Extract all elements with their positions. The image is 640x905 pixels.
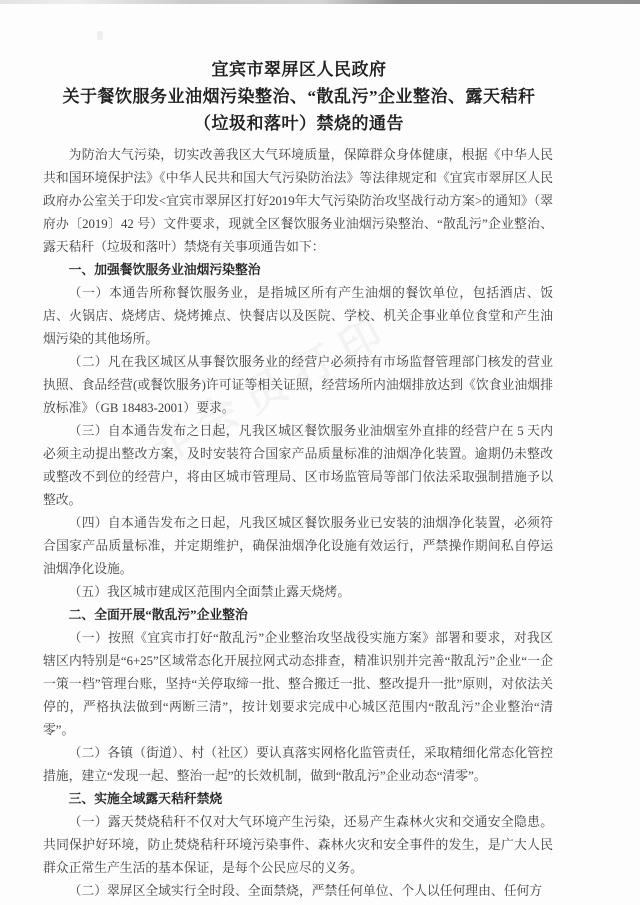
document-page: 非会员打印 宜宾市翠屏区人民政府 关于餐饮服务业油烟污染整治、“散乱污”企业整治… <box>0 0 640 905</box>
body-paragraph: （二）各镇（街道）、村（社区）要认真落实网格化监管责任，采取精细化常态化管控措施… <box>43 742 553 788</box>
body-paragraph: 为防治大气污染，切实改善我区大气环境质量，保障群众身体健康，根据《中华人民共和国… <box>43 144 553 259</box>
title-line-subject: 关于餐饮服务业油烟污染整治、“散乱污”企业整治、露天秸秆 <box>44 83 554 110</box>
document-title: 宜宾市翠屏区人民政府 关于餐饮服务业油烟污染整治、“散乱污”企业整治、露天秸秆 … <box>0 56 640 137</box>
section-heading: 二、全面开展“散乱污”企业整治 <box>43 604 553 627</box>
title-line-subject-cont: （垃圾和落叶）禁烧的通告 <box>44 110 554 137</box>
body-paragraph: （三）自本通告发布之日起，凡我区城区餐饮服务业油烟室外直排的经营户在 5 天内必… <box>43 420 553 512</box>
body-paragraph: （一）本通告所称餐饮服务业，是指城区所有产生油烟的餐饮单位，包括酒店、饭店、火锅… <box>43 282 553 351</box>
body-paragraph: （一）露天焚烧秸秆不仅对大气环境产生污染，还易产生森林火灾和交通安全隐患。共同保… <box>43 811 553 880</box>
section-heading: 三、实施全域露天秸秆禁烧 <box>43 788 553 811</box>
scan-speck-artifact <box>97 31 103 40</box>
document-body: 为防治大气污染，切实改善我区大气环境质量，保障群众身体健康，根据《中华人民共和国… <box>0 144 640 903</box>
body-paragraph: （二）翠屏区全域实行全时段、全面禁烧，严禁任何单位、个人以任何理由、任何方 <box>43 880 553 903</box>
title-line-issuer: 宜宾市翠屏区人民政府 <box>44 56 554 83</box>
body-paragraph: （二）凡在我区城区从事餐饮服务业的经营户必须持有市场监督管理部门核发的营业执照、… <box>43 351 553 420</box>
body-paragraph: （五）我区城市建成区范围内全面禁止露天烧烤。 <box>43 581 553 604</box>
section-heading: 一、加强餐饮服务业油烟污染整治 <box>43 259 553 282</box>
body-paragraph: （一）按照《宜宾市打好“散乱污”企业整治攻坚战役实施方案》部署和要求，对我区辖区… <box>43 627 553 742</box>
scan-edge-artifact <box>0 0 640 4</box>
body-paragraph: （四）自本通告发布之日起，凡我区城区餐饮服务业已安装的油烟净化装置，必须符合国家… <box>43 512 553 581</box>
